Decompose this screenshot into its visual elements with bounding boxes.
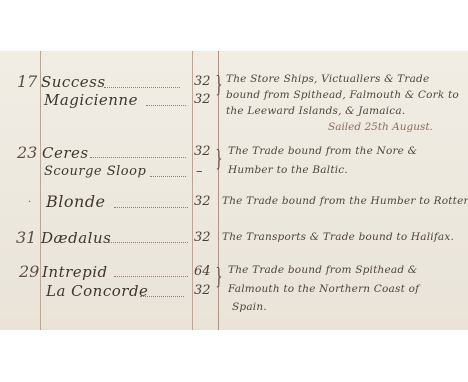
- gun-count: 32: [194, 144, 211, 159]
- ship-name: Scourge Sloop: [44, 164, 146, 179]
- ship-name: Success: [41, 73, 106, 91]
- leader-dots: [104, 87, 180, 88]
- description-line: The Transports & Trade bound to Halifax.: [222, 231, 454, 243]
- description-line: bound from Spithead, Falmouth & Cork to: [226, 89, 459, 101]
- gun-count: 32: [194, 230, 211, 245]
- leader-dots: [140, 296, 184, 297]
- leader-dots: [90, 157, 186, 158]
- description-line: The Trade bound from Spithead &: [228, 264, 417, 276]
- gun-count: 32: [194, 74, 211, 89]
- ship-name: Magicienne: [44, 91, 138, 109]
- description-line: The Trade bound from the Nore &: [228, 145, 417, 157]
- entry-date: 31: [16, 228, 36, 247]
- description-line: the Leeward Islands, & Jamaica.: [226, 105, 405, 117]
- gun-count: –: [196, 164, 203, 179]
- leader-dots: [114, 276, 188, 277]
- ship-name: La Concorde: [46, 282, 148, 300]
- ship-name: Ceres: [42, 144, 89, 162]
- gun-count: 64: [194, 264, 211, 279]
- leader-dots: [146, 105, 186, 106]
- brace-icon: }: [216, 265, 223, 290]
- guns-column-rule: [192, 51, 193, 330]
- entry-date: ·: [28, 197, 31, 208]
- ship-name: Blonde: [46, 192, 106, 211]
- brace-icon: }: [216, 73, 223, 98]
- leader-dots: [150, 176, 186, 177]
- description-line: Humber to the Baltic.: [228, 164, 348, 176]
- sailed-note: Sailed 25th August.: [328, 121, 433, 133]
- left-margin-rule: [40, 51, 41, 330]
- ship-name: Intrepid: [42, 263, 108, 281]
- ledger-page: 17 Success 32 Magicienne 32 } The Store …: [0, 51, 468, 330]
- gun-count: 32: [194, 92, 211, 107]
- description-line: Falmouth to the Northern Coast of: [228, 283, 419, 295]
- description-line: Spain.: [232, 301, 267, 313]
- leader-dots: [114, 207, 188, 208]
- description-line: The Trade bound from the Humber to Rotte…: [222, 195, 468, 207]
- gun-count: 32: [194, 194, 211, 209]
- description-line: The Store Ships, Victuallers & Trade: [226, 73, 429, 85]
- entry-date: 17: [17, 72, 37, 91]
- leader-dots: [108, 242, 188, 243]
- brace-icon: }: [216, 147, 223, 172]
- entry-date: 29: [19, 262, 39, 281]
- gun-count: 32: [194, 283, 211, 298]
- entry-date: 23: [17, 143, 37, 162]
- ship-name: Dædalus: [41, 229, 111, 247]
